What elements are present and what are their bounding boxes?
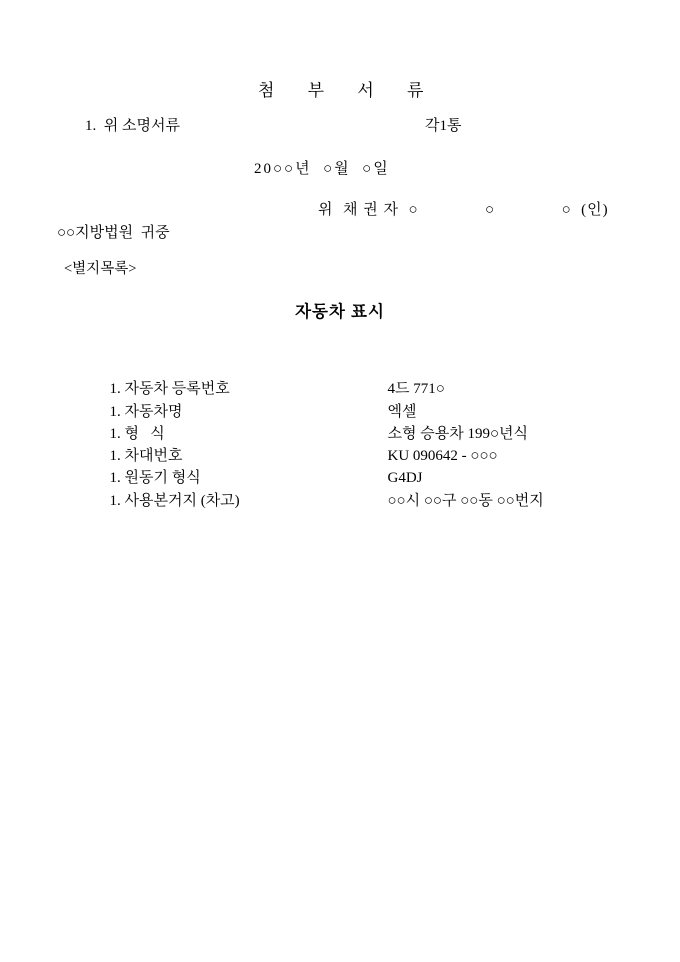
vehicle-spec-label: 1. 원동기 형식 <box>110 467 388 489</box>
vehicle-spec-list: 1. 자동차 등록번호4드 771○ 1. 자동차명엑셀 1. 형 식소형 승용… <box>87 356 647 490</box>
vehicle-description-title: 자동차 표시 <box>0 298 680 322</box>
vehicle-spec-label: 1. 자동차명 <box>110 401 388 423</box>
evidence-item-count: 각1통 <box>425 114 461 135</box>
vehicle-spec-value: 소형 승용차 199○년식 <box>388 426 529 442</box>
vehicle-spec-label: 1. 형 식 <box>110 423 388 445</box>
date-line: 20○○년 ○월 ○일 <box>254 157 390 178</box>
creditor-signature-line: 위 채 권 자 ○ ○ ○ (인) <box>318 198 609 219</box>
vehicle-spec-value: 4드 771○ <box>388 381 445 397</box>
vehicle-spec-value: ○○시 ○○구 ○○동 ○○번지 <box>388 493 544 509</box>
annex-list-label: <별지목록> <box>64 257 136 278</box>
attachments-section-title: 첨 부 서 류 <box>258 76 424 101</box>
vehicle-spec-value: G4DJ <box>388 470 423 486</box>
vehicle-spec-label: 1. 사용본거지 (차고) <box>110 490 388 512</box>
vehicle-spec-value: 엑셀 <box>388 404 417 420</box>
vehicle-spec-label: 1. 차대번호 <box>110 445 388 467</box>
evidence-item-label: 1. 위 소명서류 <box>85 114 180 135</box>
document-page: 첨 부 서 류 1. 위 소명서류 각1통 20○○년 ○월 ○일 위 채 권 … <box>0 0 680 962</box>
vehicle-spec-value: KU 090642 - ○○○ <box>388 448 498 464</box>
vehicle-spec-row-registration-number: 1. 자동차 등록번호4드 771○ <box>87 356 647 378</box>
vehicle-spec-label: 1. 자동차 등록번호 <box>110 378 388 400</box>
court-address-line: ○○지방법원 귀중 <box>57 221 170 242</box>
